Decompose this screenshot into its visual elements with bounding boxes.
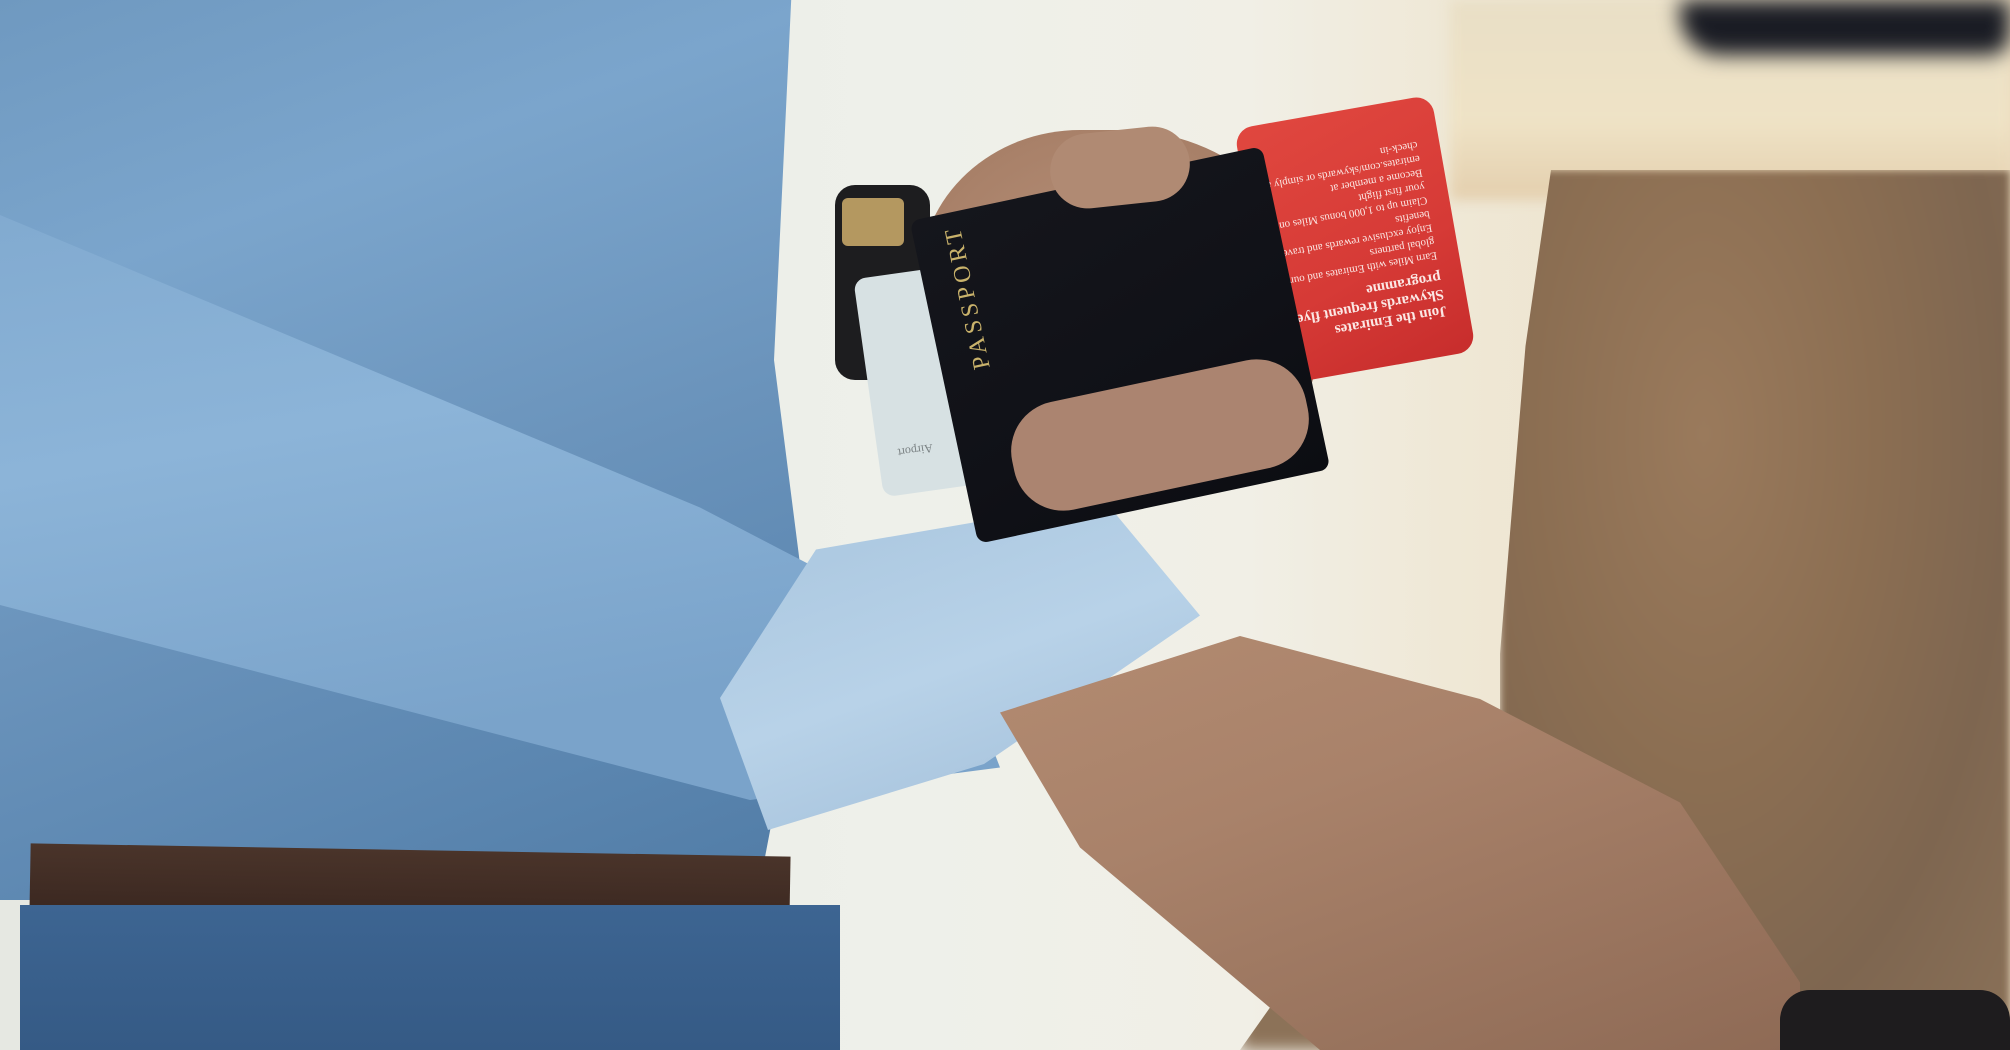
passport-label: PASSPORT [940, 222, 997, 371]
jeans [20, 905, 840, 1050]
boarding-pass-text: Airport [897, 440, 934, 460]
bag-handle [1780, 990, 2010, 1050]
blurred-dark-object [1680, 0, 2010, 55]
watch-face [842, 198, 904, 246]
